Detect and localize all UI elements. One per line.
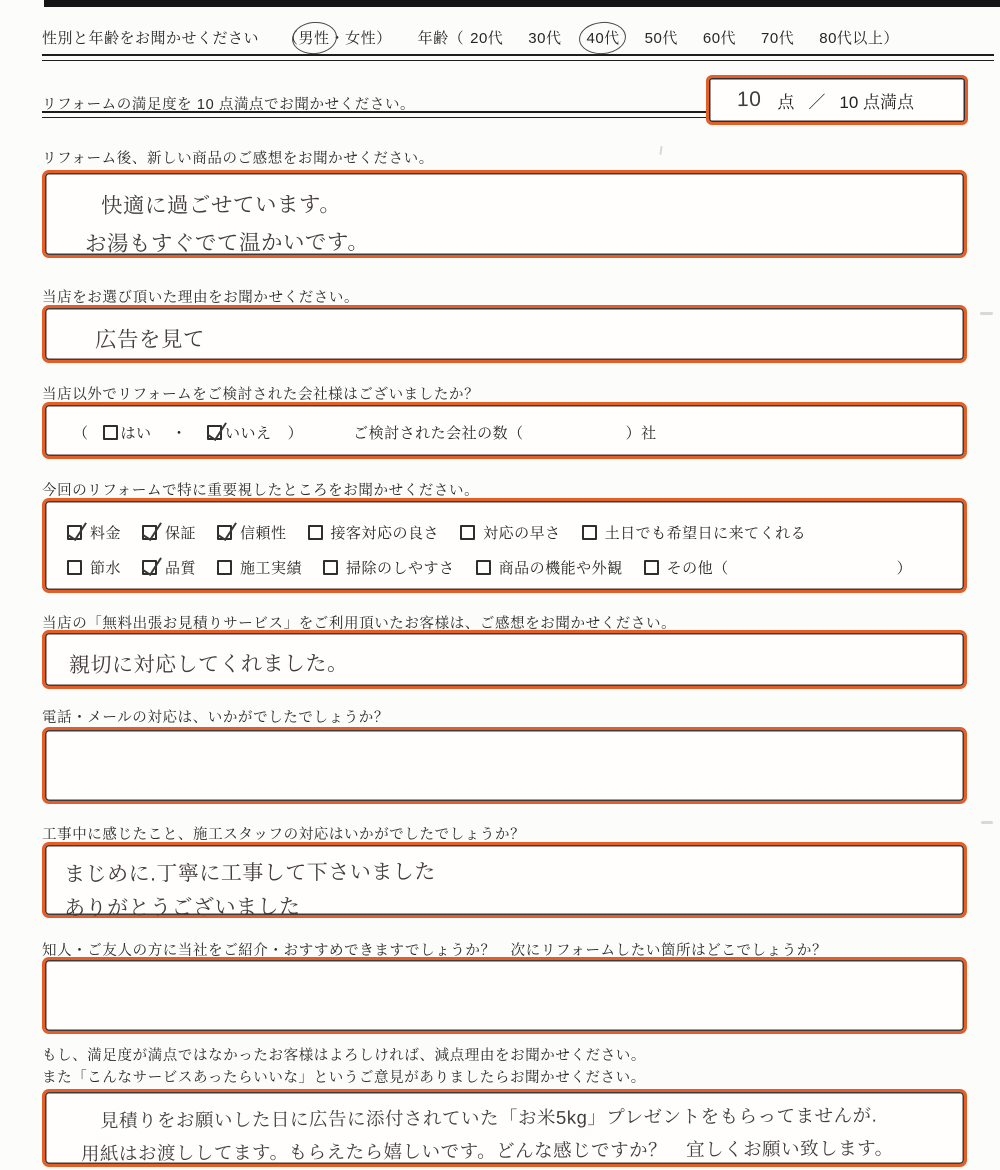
score-unit: 点	[777, 88, 794, 113]
gender-age-row: 性別と年齢をお聞かせください （ 男性 ・ 女性 ） 年齢（ 20代 30代 4…	[42, 27, 899, 48]
question-priorities: 今回のリフォームで特に重要視したところをお聞かせください。	[42, 479, 479, 500]
answer-box-priorities: 料金 保証 信頼性 接客対応の良さ 対応の早さ 土日でも希望日に来てくれる 節水…	[42, 498, 967, 593]
scan-artifact	[980, 312, 993, 315]
priority-item: 節水	[67, 557, 121, 578]
priority-item-other: その他（ ）	[644, 557, 913, 578]
priority-label: 施工実績	[240, 557, 302, 578]
priority-label: 節水	[90, 557, 121, 578]
score-max: 10 点満点	[839, 88, 914, 113]
handwritten-answer: ありがとうございました	[64, 886, 964, 922]
answer-box-phone-mail	[42, 727, 967, 804]
answer-box-deduction: 見積りをお願いした日に広告に添付されていた「お米5kg」プレゼントをもらってませ…	[42, 1089, 967, 1167]
checkbox-icon	[142, 525, 157, 540]
handwritten-answer: 用紙はお渡ししてます。もらえたら嬉しいです。どんな感じですか？ 宜しくお願い致し…	[81, 1132, 964, 1169]
priority-label: その他（	[667, 557, 729, 578]
checkbox-icon	[67, 525, 82, 540]
company-count-label: ご検討された会社の数（	[353, 422, 524, 443]
age-prefix: 年齢（	[418, 27, 465, 48]
paren-open: （	[73, 422, 89, 443]
priority-label: 土日でも希望日に来てくれる	[605, 522, 807, 543]
priority-item: 対応の早さ	[460, 522, 561, 543]
scan-artifact	[659, 146, 662, 155]
question-phone-mail: 電話・メールの対応は、いかがでしたでしょうか？	[42, 706, 389, 727]
priority-label: 商品の機能や外観	[499, 557, 623, 578]
checkbox-icon	[207, 425, 222, 440]
priority-label: 品質	[165, 557, 196, 578]
question-deduction-line2: また「こんなサービスあったらいいな」というご意見がありましたらお聞かせください。	[42, 1068, 646, 1090]
option-no-label: いいえ	[225, 422, 272, 443]
checkbox-icon	[217, 560, 232, 575]
question-competitors: 当店以外でリフォームをご検討された会社様はございましたか？	[42, 383, 479, 404]
option-separator: ・	[172, 422, 188, 443]
handwritten-answer: 広告を見て	[95, 316, 964, 358]
question-construction: 工事中に感じたこと、施工スタッフの対応はいかがでしたでしょうか？	[42, 823, 525, 844]
age-close: ）	[883, 27, 899, 48]
priority-item: 接客対応の良さ	[308, 522, 440, 543]
gender-option-male: 男性	[299, 27, 330, 48]
priority-item: 施工実績	[217, 557, 302, 578]
priorities-row-1: 料金 保証 信頼性 接客対応の良さ 対応の早さ 土日でも希望日に来てくれる	[67, 522, 806, 543]
divider-rule	[42, 54, 994, 61]
priority-label: 接客対応の良さ	[331, 522, 440, 543]
age-option: 60代	[703, 27, 736, 48]
company-count-suffix: ）社	[626, 422, 657, 443]
question-reason: 当店をお選び頂いた理由をお聞かせください。	[42, 286, 359, 307]
priority-label: 信頼性	[240, 522, 287, 543]
priority-label: 対応の早さ	[483, 522, 561, 543]
company-count-value	[524, 432, 626, 433]
checkbox-icon	[323, 560, 338, 575]
priority-item: 土日でも希望日に来てくれる	[582, 522, 807, 543]
checkbox-icon	[308, 525, 323, 540]
answer-box-impression: 快適に過ごせています。 お湯もすぐでて温かいです。	[42, 170, 967, 258]
age-option-selected: 40代	[586, 27, 619, 48]
age-option: 50代	[645, 27, 678, 48]
score-box: 10 点 ／ 10 点満点	[706, 75, 968, 125]
gender-option-female: 女性	[345, 27, 376, 48]
checkbox-icon	[476, 560, 491, 575]
option-no: いいえ	[207, 422, 272, 443]
scan-artifact	[981, 821, 993, 824]
priority-item: 商品の機能や外観	[476, 557, 623, 578]
checkbox-icon	[67, 560, 82, 575]
age-option: 30代	[528, 27, 561, 48]
handwritten-answer: 見積りをお願いした日に広告に添付されていた「お米5kg」プレゼントをもらってませ…	[100, 1099, 964, 1136]
divider-rule	[42, 111, 706, 118]
checkbox-icon	[217, 525, 232, 540]
answer-box-referral	[42, 957, 967, 1034]
competitors-options-row: （ はい ・ いいえ ） ご検討された会社の数（ ）社	[73, 422, 657, 443]
handwritten-answer: お湯もすぐでて温かいです。	[85, 220, 964, 262]
priority-label: 保証	[165, 522, 196, 543]
priority-item: 料金	[67, 522, 121, 543]
priority-item: 品質	[142, 557, 196, 578]
question-deduction: もし、満足度が満点ではなかったお客様はよろしければ、減点理由をお聞かせください。…	[42, 1046, 646, 1089]
answer-box-estimate-service: 親切に対応してくれました。	[42, 630, 967, 689]
checkbox-icon	[460, 525, 475, 540]
question-impression: リフォーム後、新しい商品のご感想をお聞かせください。	[42, 147, 434, 168]
gender-age-question: 性別と年齢をお聞かせください	[42, 27, 259, 48]
answer-box-competitors: （ はい ・ いいえ ） ご検討された会社の数（ ）社	[42, 402, 967, 459]
option-yes-label: はい	[121, 422, 152, 443]
option-yes: はい	[103, 422, 152, 443]
score-handwritten-value: 10	[737, 88, 762, 112]
paren-close: ）	[897, 557, 913, 578]
priority-item: 掃除のしやすさ	[323, 557, 455, 578]
paren-close: ）	[376, 27, 392, 48]
scan-edge-bar	[44, 0, 1000, 7]
priority-item: 保証	[142, 522, 196, 543]
priorities-row-2: 節水 品質 施工実績 掃除のしやすさ 商品の機能や外観 その他（ ）	[67, 557, 912, 578]
priority-item: 信頼性	[217, 522, 287, 543]
score-divider: ／	[808, 88, 825, 113]
priority-label: 料金	[90, 522, 121, 543]
handwritten-answer: 親切に対応してくれました。	[69, 643, 964, 679]
answer-box-construction: まじめに.丁寧に工事して下さいました ありがとうございました	[42, 842, 967, 918]
answer-box-reason: 広告を見て	[42, 305, 967, 363]
question-deduction-line1: もし、満足度が満点ではなかったお客様はよろしければ、減点理由をお聞かせください。	[42, 1046, 646, 1068]
checkbox-icon	[582, 525, 597, 540]
checkbox-icon	[644, 560, 659, 575]
checkbox-icon	[103, 425, 118, 440]
handwritten-answer: まじめに.丁寧に工事して下さいました	[64, 852, 964, 888]
age-option: 20代	[470, 27, 503, 48]
priority-label: 掃除のしやすさ	[346, 557, 455, 578]
handwritten-answer: 快適に過ごせています。	[101, 182, 964, 224]
checkbox-icon	[142, 560, 157, 575]
age-option: 80代以上	[819, 27, 883, 48]
age-option: 70代	[761, 27, 794, 48]
paren-close: ）	[288, 422, 304, 443]
